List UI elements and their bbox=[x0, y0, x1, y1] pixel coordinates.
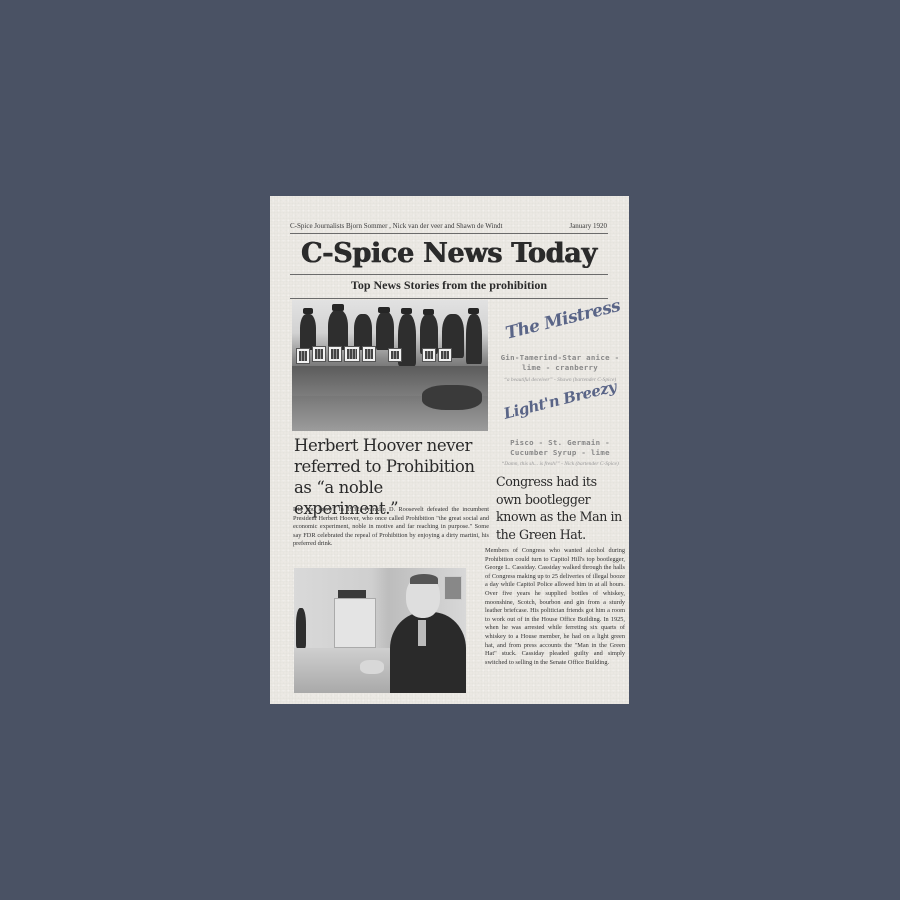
photo-liquor-confiscation bbox=[292, 300, 488, 431]
cocktail-quote-light-n-breezy: “Damn, this sh... is fresh!” - Nick (bar… bbox=[492, 461, 628, 467]
photo-man-at-desk bbox=[294, 568, 466, 693]
issue-date: January 1920 bbox=[569, 222, 607, 230]
divider-rule bbox=[290, 274, 608, 275]
header-line: C-Spice Journalists Bjorn Sommer , Nick … bbox=[290, 222, 607, 230]
page-subtitle: Top News Stories from the prohibition bbox=[290, 277, 608, 293]
cocktail-ingredients-light-n-breezy: Pisco - St. Germain - Cucumber Syrup - l… bbox=[494, 438, 626, 458]
divider-rule bbox=[290, 298, 608, 299]
article1-body: Did you know? In 1932, Franklin D. Roose… bbox=[293, 506, 489, 549]
newspaper-page: C-Spice Journalists Bjorn Sommer , Nick … bbox=[270, 196, 629, 704]
cocktail-ingredients-the-mistress: Gin-Tamerind-Star anice - lime - cranber… bbox=[494, 353, 626, 373]
byline: C-Spice Journalists Bjorn Sommer , Nick … bbox=[290, 222, 502, 230]
article2-headline: Congress had its own bootlegger known as… bbox=[496, 473, 624, 543]
cocktail-name-the-mistress: The Mistress bbox=[504, 296, 623, 344]
cocktail-name-light-n-breezy: Light'n Breezy bbox=[502, 377, 618, 422]
article2-body: Members of Congress who wanted alcohol d… bbox=[485, 547, 625, 667]
masthead-title: C-Spice News Today bbox=[290, 236, 608, 272]
divider-rule bbox=[290, 233, 608, 234]
